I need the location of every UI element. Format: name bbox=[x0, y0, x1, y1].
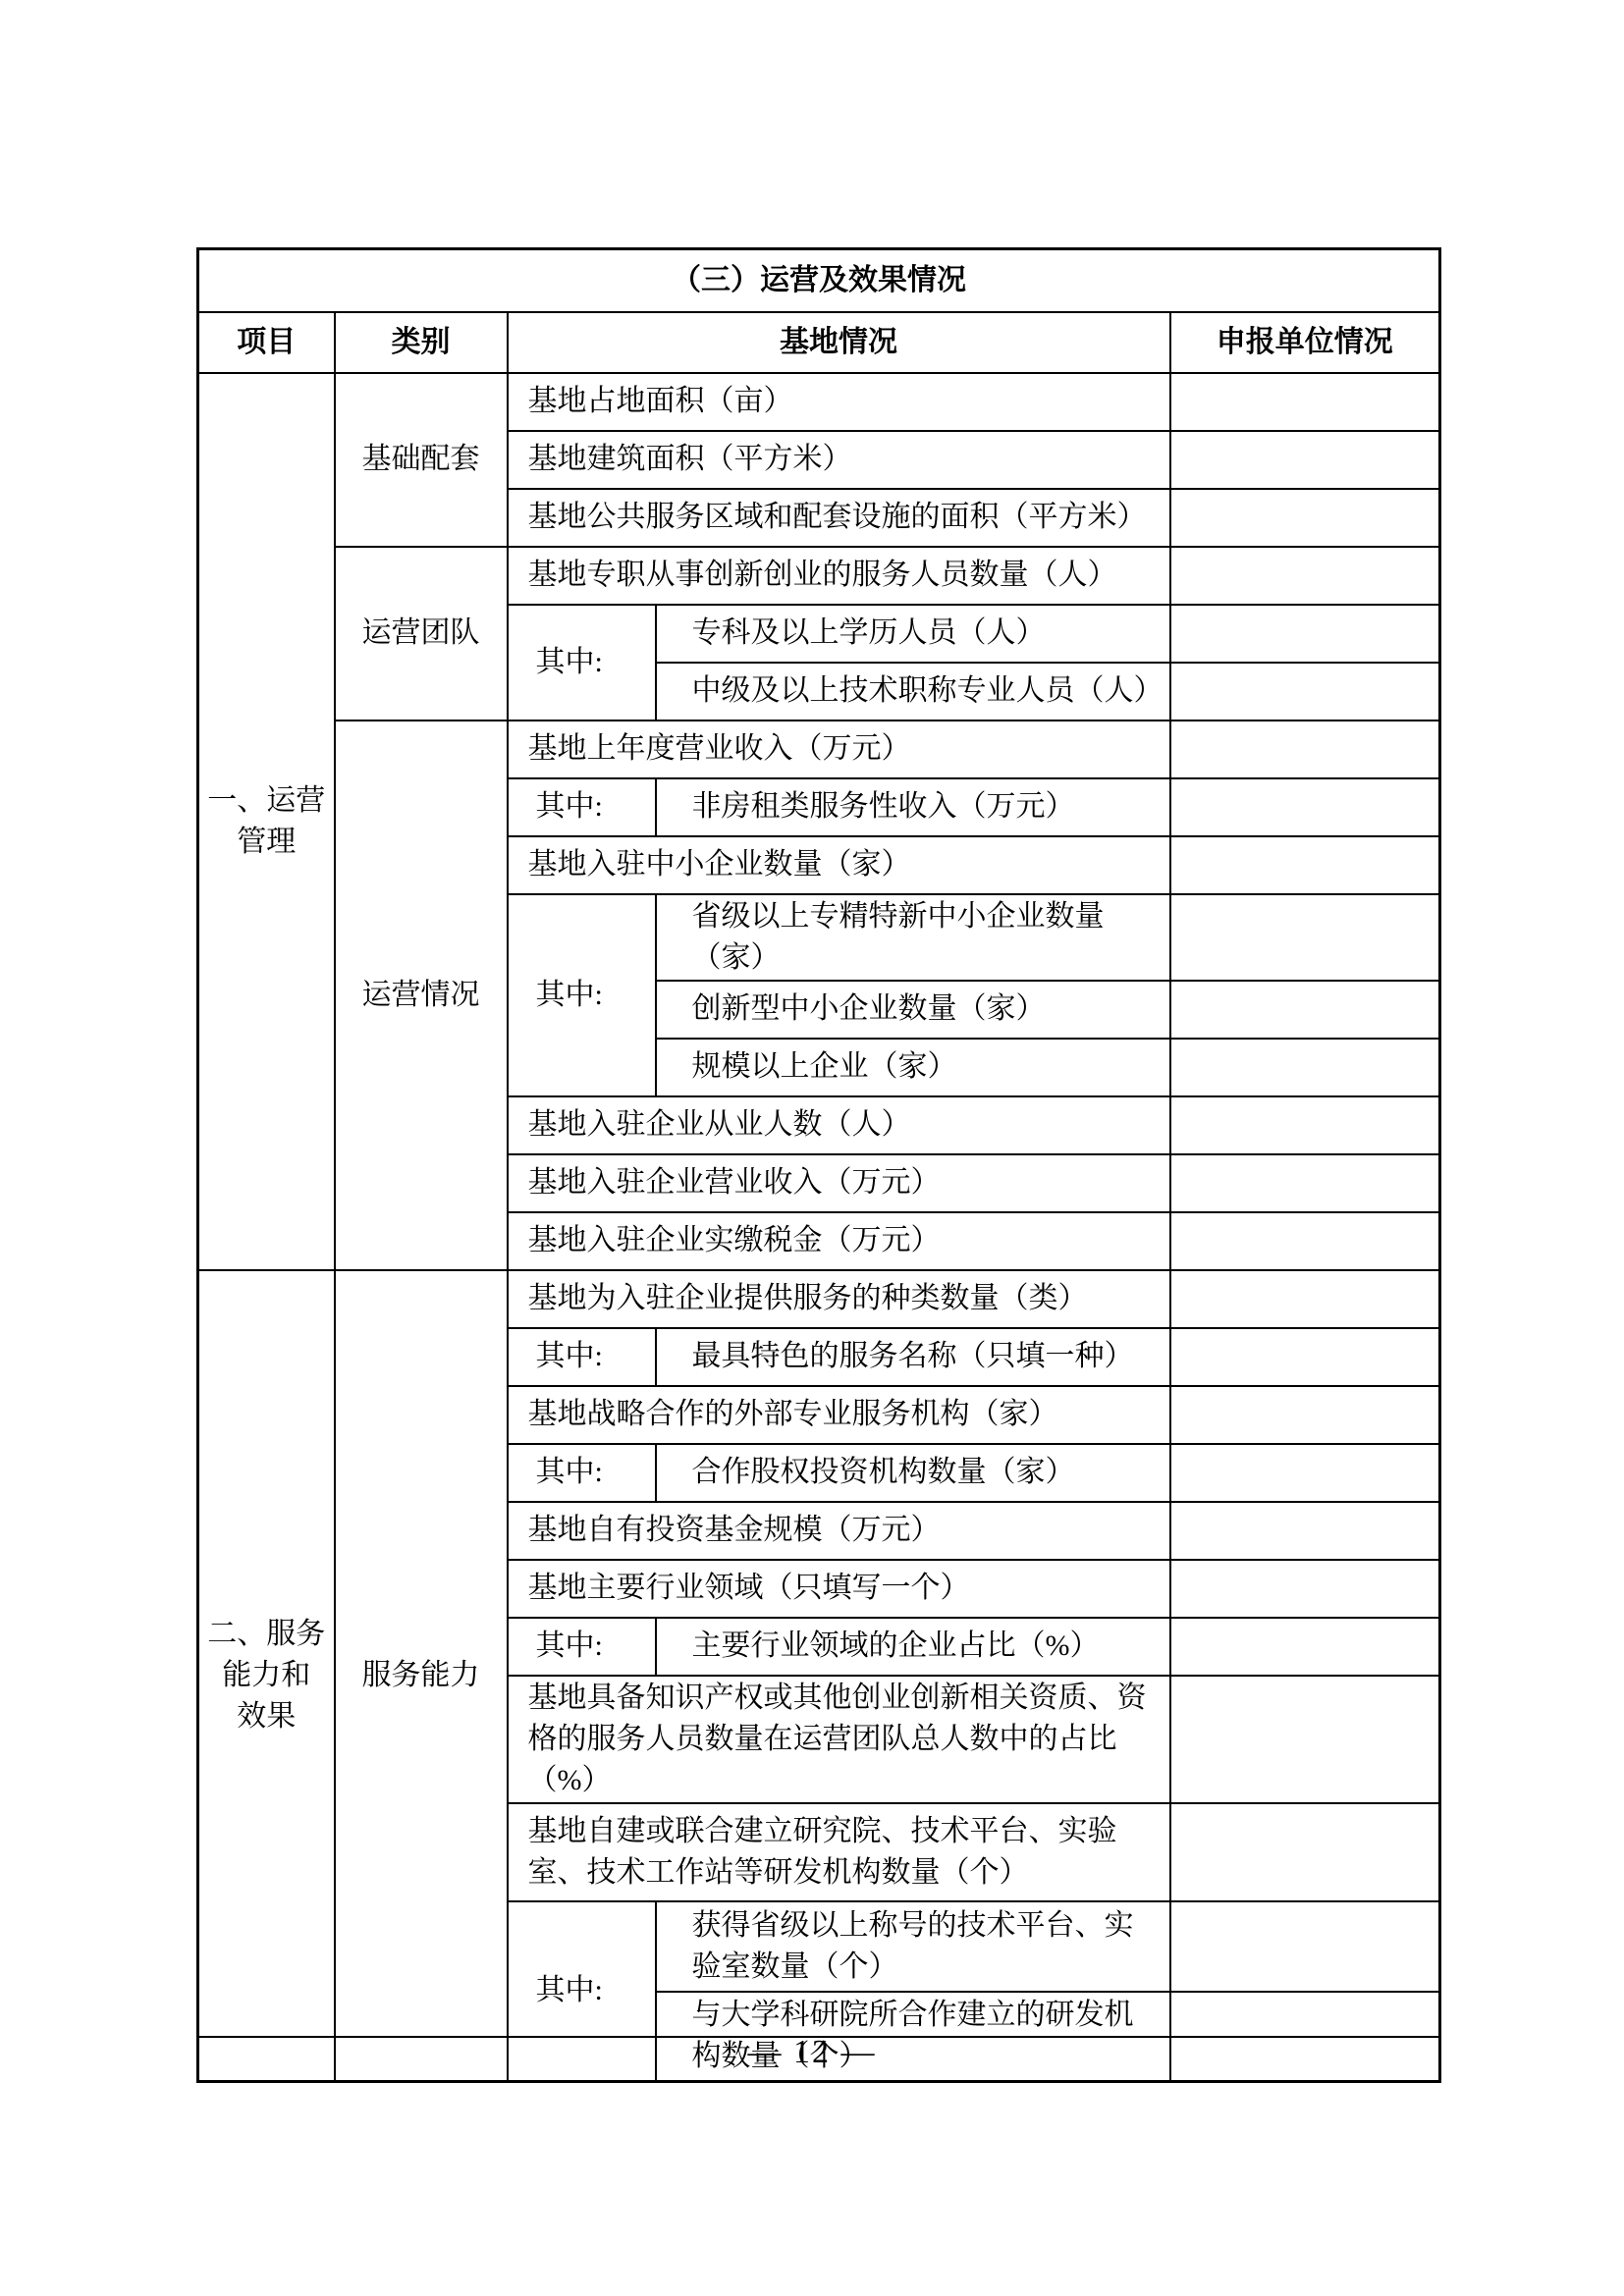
header-base-situation: 基地情况 bbox=[508, 312, 1170, 373]
row-college-staff: 专科及以上学历人员（人） bbox=[656, 605, 1170, 663]
applicant-cell-service-type-count bbox=[1170, 1270, 1440, 1328]
table-title-row: （三）运营及效果情况 bbox=[198, 249, 1440, 312]
row-tenant-revenue: 基地入驻企业营业收入（万元） bbox=[508, 1154, 1170, 1212]
applicant-cell-main-industry bbox=[1170, 1560, 1440, 1618]
row-main-industry: 基地主要行业领域（只填写一个） bbox=[508, 1560, 1170, 1618]
row-land-area: 基地占地面积（亩） bbox=[508, 373, 1170, 431]
applicant-cell-sme-count bbox=[1170, 836, 1440, 894]
applicant-cell-qualified-staff-ratio bbox=[1170, 1676, 1440, 1803]
header-category: 类别 bbox=[335, 312, 508, 373]
row-building-area: 基地建筑面积（平方米） bbox=[508, 431, 1170, 489]
applicant-cell-own-fund-scale bbox=[1170, 1502, 1440, 1560]
among-label-sme: 其中: bbox=[508, 894, 656, 1096]
row-non-rent-income: 非房租类服务性收入（万元） bbox=[656, 778, 1170, 836]
row-innovative-sme-count: 创新型中小企业数量（家） bbox=[656, 981, 1170, 1039]
row-provincial-platform-count: 获得省级以上称号的技术平台、实验室数量（个） bbox=[656, 1901, 1170, 1992]
operation-effect-table: （三）运营及效果情况 项目 类别 基地情况 申报单位情况 一、运营 管理 基础配… bbox=[196, 247, 1441, 2083]
row-service-type-count: 基地为入驻企业提供服务的种类数量（类） bbox=[508, 1270, 1170, 1328]
applicant-cell-tenant-revenue bbox=[1170, 1154, 1440, 1212]
category-operation-team: 运营团队 bbox=[335, 547, 508, 721]
table-title: （三）运营及效果情况 bbox=[198, 249, 1440, 312]
table-row: 运营情况 基地上年度营业收入（万元） bbox=[198, 721, 1440, 778]
row-own-fund-scale: 基地自有投资基金规模（万元） bbox=[508, 1502, 1170, 1560]
applicant-cell-main-industry-ratio bbox=[1170, 1618, 1440, 1676]
row-employee-count: 基地入驻企业从业人数（人） bbox=[508, 1096, 1170, 1154]
table-row: 一、运营 管理 基础配套 基地占地面积（亩） bbox=[198, 373, 1440, 431]
row-rd-org-count: 基地自建或联合建立研究院、技术平台、实验室、技术工作站等研发机构数量（个） bbox=[508, 1803, 1170, 1901]
applicant-cell-equity-partner-count bbox=[1170, 1444, 1440, 1502]
applicant-cell-public-area bbox=[1170, 489, 1440, 547]
row-public-area: 基地公共服务区域和配套设施的面积（平方米） bbox=[508, 489, 1170, 547]
section1-item-label: 一、运营 管理 bbox=[198, 373, 335, 1270]
row-zjtx-sme-count: 省级以上专精特新中小企业数量（家） bbox=[656, 894, 1170, 981]
applicant-cell-partner-org-count bbox=[1170, 1386, 1440, 1444]
applicant-cell-tenant-tax bbox=[1170, 1212, 1440, 1270]
applicant-cell-zjtx-sme-count bbox=[1170, 894, 1440, 981]
section2-item-label: 二、服务 能力和 效果 bbox=[198, 1270, 335, 2082]
header-item: 项目 bbox=[198, 312, 335, 373]
row-featured-service: 最具特色的服务名称（只填一种） bbox=[656, 1328, 1170, 1386]
table-row: 运营团队 基地专职从事创新创业的服务人员数量（人） bbox=[198, 547, 1440, 605]
among-label-service: 其中: bbox=[508, 1328, 656, 1386]
category-basic-support: 基础配套 bbox=[335, 373, 508, 547]
row-equity-partner-count: 合作股权投资机构数量（家） bbox=[656, 1444, 1170, 1502]
applicant-cell-staff-count bbox=[1170, 547, 1440, 605]
applicant-cell-featured-service bbox=[1170, 1328, 1440, 1386]
page-number: — 12 — bbox=[0, 2034, 1624, 2071]
applicant-cell-employee-count bbox=[1170, 1096, 1440, 1154]
applicant-cell-college-staff bbox=[1170, 605, 1440, 663]
applicant-cell-provincial-platform-count bbox=[1170, 1901, 1440, 1992]
applicant-cell-mid-title-staff bbox=[1170, 663, 1440, 721]
row-above-scale-count: 规模以上企业（家） bbox=[656, 1039, 1170, 1096]
row-staff-count: 基地专职从事创新创业的服务人员数量（人） bbox=[508, 547, 1170, 605]
among-label-industry: 其中: bbox=[508, 1618, 656, 1676]
among-label-team: 其中: bbox=[508, 605, 656, 721]
applicant-cell-non-rent-income bbox=[1170, 778, 1440, 836]
applicant-cell-building-area bbox=[1170, 431, 1440, 489]
row-last-year-revenue: 基地上年度营业收入（万元） bbox=[508, 721, 1170, 778]
row-qualified-staff-ratio: 基地具备知识产权或其他创业创新相关资质、资格的服务人员数量在运营团队总人数中的占… bbox=[508, 1676, 1170, 1803]
row-partner-org-count: 基地战略合作的外部专业服务机构（家） bbox=[508, 1386, 1170, 1444]
among-label-revenue: 其中: bbox=[508, 778, 656, 836]
category-operation-status: 运营情况 bbox=[335, 721, 508, 1270]
table-header-row: 项目 类别 基地情况 申报单位情况 bbox=[198, 312, 1440, 373]
applicant-cell-innovative-sme-count bbox=[1170, 981, 1440, 1039]
header-applicant-situation: 申报单位情况 bbox=[1170, 312, 1440, 373]
applicant-cell-rd-org-count bbox=[1170, 1803, 1440, 1901]
row-main-industry-ratio: 主要行业领域的企业占比（%） bbox=[656, 1618, 1170, 1676]
among-label-partner: 其中: bbox=[508, 1444, 656, 1502]
applicant-cell-land-area bbox=[1170, 373, 1440, 431]
document-page: （三）运营及效果情况 项目 类别 基地情况 申报单位情况 一、运营 管理 基础配… bbox=[0, 0, 1624, 2296]
row-mid-title-staff: 中级及以上技术职称专业人员（人） bbox=[656, 663, 1170, 721]
row-tenant-tax: 基地入驻企业实缴税金（万元） bbox=[508, 1212, 1170, 1270]
category-service-capability: 服务能力 bbox=[335, 1270, 508, 2082]
applicant-cell-above-scale-count bbox=[1170, 1039, 1440, 1096]
applicant-cell-last-year-revenue bbox=[1170, 721, 1440, 778]
table-row: 二、服务 能力和 效果 服务能力 基地为入驻企业提供服务的种类数量（类） bbox=[198, 1270, 1440, 1328]
row-sme-count: 基地入驻中小企业数量（家） bbox=[508, 836, 1170, 894]
